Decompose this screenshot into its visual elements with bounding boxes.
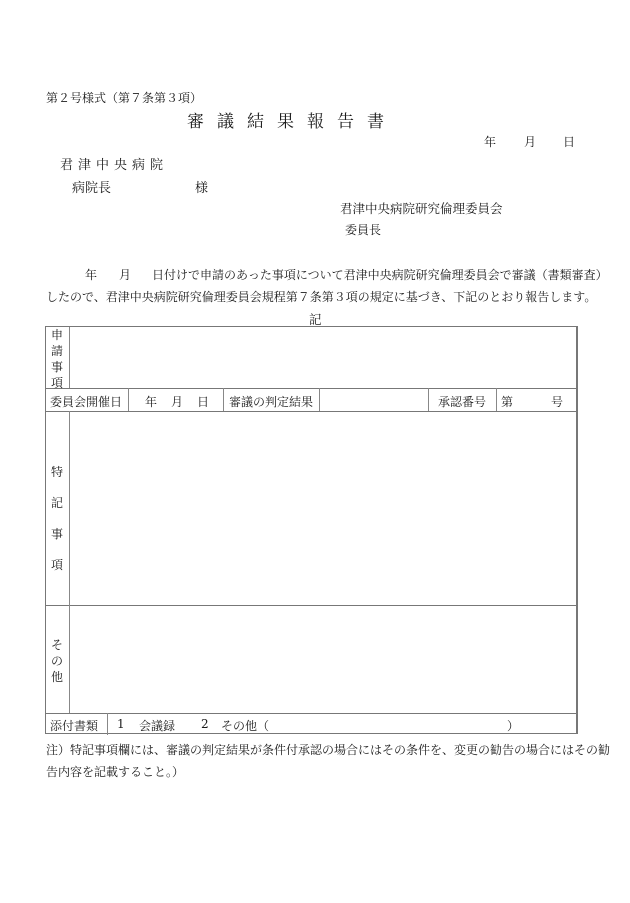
application-label: 申 請 事 項: [50, 327, 64, 391]
addressee-organization: 君津中央病院: [60, 154, 168, 173]
special-notes-field[interactable]: [70, 412, 576, 605]
meeting-date-year: 年: [145, 393, 157, 410]
meeting-date-day: 日: [197, 393, 209, 410]
sender-organization: 君津中央病院研究倫理委員会: [340, 199, 503, 217]
report-date-month: 月: [524, 133, 536, 150]
body-line1: 日付けで申請のあった事項について君津中央病院研究倫理委員会で審議（書類審査）: [152, 266, 608, 283]
report-table: 申 請 事 項 委員会開催日 年 月 日 審議の判定結果 承認番号 第 号 特 …: [45, 326, 578, 734]
attachment-other-field[interactable]: [286, 715, 506, 733]
attachment-2-number: 2: [201, 717, 209, 731]
note-line-1: 注）特記事項欄には、審議の判定結果が条件付承認の場合にはその条件を、変更の勧告の…: [46, 741, 610, 758]
body-year: 年: [85, 266, 97, 283]
attachment-2-close: ）: [507, 717, 519, 734]
attachment-1-number: 1: [117, 717, 125, 731]
approval-number-suffix: 号: [551, 393, 563, 410]
other-field[interactable]: [70, 606, 576, 713]
approval-number-prefix: 第: [501, 393, 513, 410]
meeting-date-field[interactable]: 年 月 日: [129, 389, 223, 411]
attachment-1-label: 会議録: [139, 717, 175, 734]
col-divider: [107, 713, 108, 735]
special-notes-label: 特 記 事 項: [50, 457, 64, 581]
report-date-day: 日: [563, 133, 575, 150]
body-month: 月: [119, 266, 131, 283]
addressee-title: 病院長: [72, 177, 111, 196]
judgment-field[interactable]: [320, 389, 428, 411]
report-date-year: 年: [484, 133, 496, 150]
approval-number-field[interactable]: 第 号: [497, 389, 576, 411]
other-label: そ の 他: [50, 637, 64, 685]
col-divider: [428, 388, 429, 411]
note-line-2: 告内容を記載すること。）: [46, 763, 184, 780]
row-divider: [46, 713, 576, 714]
form-number: 第２号様式（第７条第３項）: [46, 89, 202, 106]
col-divider: [223, 388, 224, 411]
attachment-2-label: その他（: [221, 717, 269, 734]
page-title: 審議結果報告書: [187, 107, 397, 132]
meeting-date-label: 委員会開催日: [50, 393, 122, 410]
meeting-date-month: 月: [171, 393, 183, 410]
sender-title: 委員長: [345, 221, 381, 238]
application-field[interactable]: [70, 327, 576, 388]
addressee-honorific: 様: [195, 177, 208, 196]
body-line2: したので、君津中央病院研究倫理委員会規程第７条第３項の規定に基づき、下記のとおり…: [46, 288, 596, 305]
judgment-label: 審議の判定結果: [229, 393, 313, 410]
approval-number-label: 承認番号: [438, 393, 486, 410]
attachments-label: 添付書類: [50, 717, 98, 734]
